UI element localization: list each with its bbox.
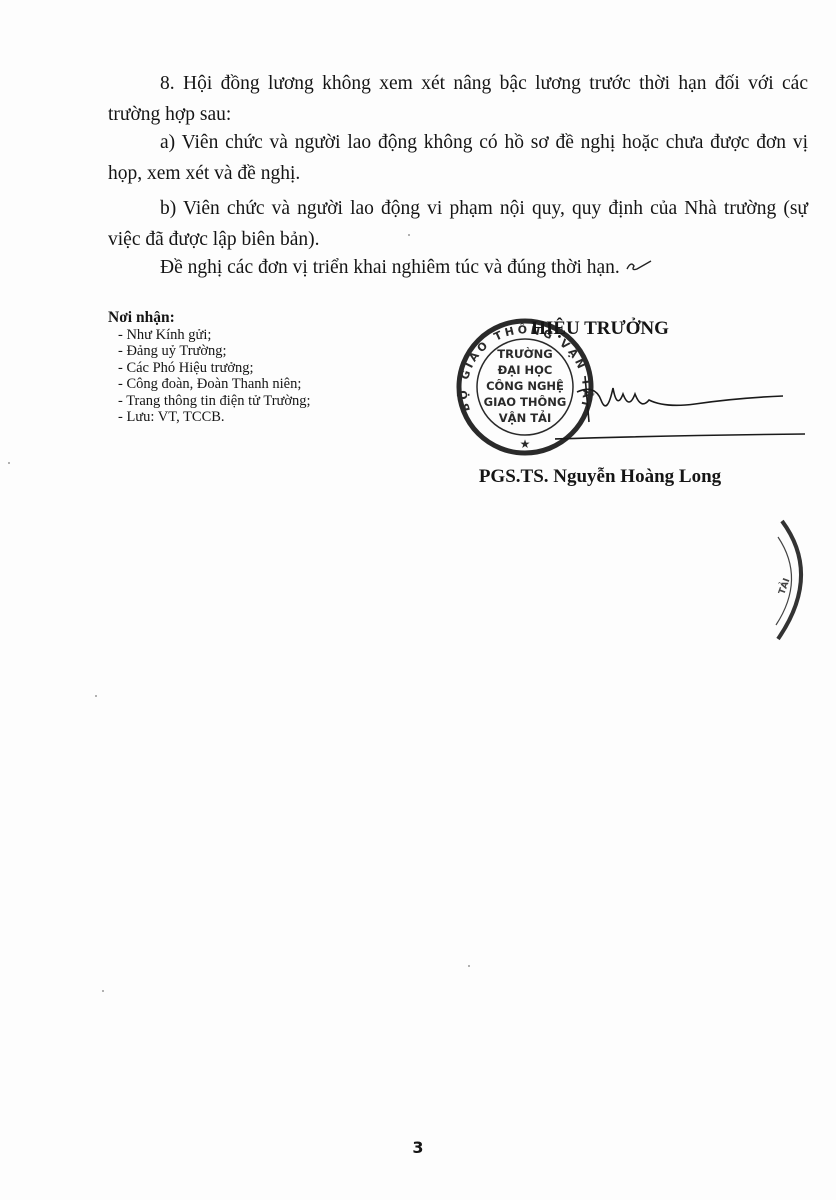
recipients-title: Nơi nhận:	[108, 310, 311, 327]
signer-name: PGS.TS. Nguyễn Hoàng Long	[470, 466, 730, 488]
scan-speck	[408, 234, 410, 236]
scan-speck	[95, 695, 97, 697]
recipient-item: - Đảng uỷ Trường;	[118, 343, 311, 360]
recipient-item: - Trang thông tin điện tử Trường;	[118, 393, 311, 410]
initial-mark-icon	[625, 257, 655, 273]
recipient-item: - Các Phó Hiệu trưởng;	[118, 360, 311, 377]
recipients-list: - Như Kính gửi; - Đảng uỷ Trường; - Các …	[108, 327, 311, 426]
partial-stamp-mark-icon: TẢI	[770, 515, 820, 645]
item-8-paragraph: 8. Hội đồng lương không xem xét nâng bậc…	[108, 68, 808, 130]
stamp-line: GIAO THÔNG	[484, 394, 567, 409]
recipient-item: - Lưu: VT, TCCB.	[118, 409, 311, 426]
scan-speck	[102, 990, 104, 992]
recipient-item: - Công đoàn, Đoàn Thanh niên;	[118, 376, 311, 393]
stamp-line: ĐẠI HỌC	[498, 363, 553, 377]
scan-speck	[468, 965, 470, 967]
closing-paragraph: Đề nghị các đơn vị triển khai nghiêm túc…	[108, 252, 808, 283]
handwritten-signature-icon	[555, 370, 815, 450]
svg-text:★: ★	[520, 437, 531, 451]
stamp-line: TRƯỜNG	[497, 346, 552, 361]
stamp-line: VẬN TẢI	[499, 409, 551, 425]
page-number: 3	[0, 1138, 836, 1157]
signer-title: HIỆU TRƯỞNG	[470, 318, 730, 340]
item-b-paragraph: b) Viên chức và người lao động vi phạm n…	[108, 193, 808, 255]
stamp-line: CÔNG NGHỆ	[486, 378, 564, 393]
recipients-block: Nơi nhận: - Như Kính gửi; - Đảng uỷ Trườ…	[108, 310, 311, 426]
recipient-item: - Như Kính gửi;	[118, 327, 311, 344]
scan-speck	[8, 462, 10, 464]
item-a-paragraph: a) Viên chức và người lao động không có …	[108, 127, 808, 189]
closing-text: Đề nghị các đơn vị triển khai nghiêm túc…	[160, 257, 620, 278]
